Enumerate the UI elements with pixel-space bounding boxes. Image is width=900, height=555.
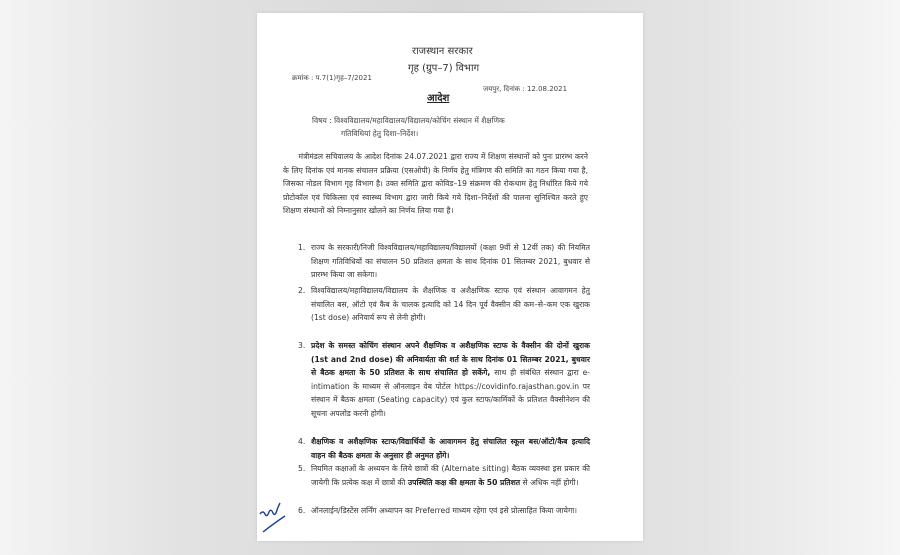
list-text: प्रदेश के समस्त कोचिंग संस्थान अपने शैक्… [311,339,590,421]
list-number: 5. [298,462,305,476]
list-number: 1. [298,241,305,255]
place-date: जयपुर, दिनांक : 12.08.2021 [483,85,567,94]
subject-line-1: विषय : विश्वविद्यालय/महाविद्यालय/विद्याल… [312,114,505,127]
department-name: गृह (ग्रुप–7) विभाग [408,60,479,74]
list-text: नियमित कक्षाओं के अध्ययन के लिये छात्रों… [311,462,590,489]
order-title: आदेश [427,90,449,104]
list-item-1: 1.राज्य के सरकारी/निजी विश्वविद्यालय/महा… [298,241,590,282]
list-text: राज्य के सरकारी/निजी विश्वविद्यालय/महावि… [311,241,590,282]
signature-icon [258,498,298,542]
list-item-4: 4.शैक्षणिक व अशैक्षणिक स्टाफ/विद्यार्थिय… [298,435,590,462]
subject-line-2: गतिविधियां हेतु दिशा–निर्देश। [341,127,418,140]
list-number: 6. [298,504,305,518]
list-text: ऑनलाईन/डिस्टेंस लर्निंग अध्यापन का Prefe… [311,504,590,518]
list-text: विश्वविद्यालय/महाविद्यालय/विद्यालय के शै… [311,284,590,325]
list-number: 2. [298,284,305,298]
list-number: 4. [298,435,305,449]
list-item-3: 3.प्रदेश के समस्त कोचिंग संस्थान अपने शै… [298,339,590,421]
list-text: शैक्षणिक व अशैक्षणिक स्टाफ/विद्यार्थियों… [311,435,590,462]
list-number: 3. [298,339,305,353]
intro-paragraph: मंत्रीमंडल सचिवालय के आदेश दिनांक 24.07.… [283,150,588,218]
government-name: राजस्थान सरकार [412,43,473,57]
list-item-6: 6.ऑनलाईन/डिस्टेंस लर्निंग अध्यापन का Pre… [298,504,590,518]
reference-number: क्रमांक : प.7(1)गृह–7/2021 [292,74,372,83]
list-item-2: 2.विश्वविद्यालय/महाविद्यालय/विद्यालय के … [298,284,590,325]
list-item-5: 5.नियमित कक्षाओं के अध्ययन के लिये छात्र… [298,462,590,489]
